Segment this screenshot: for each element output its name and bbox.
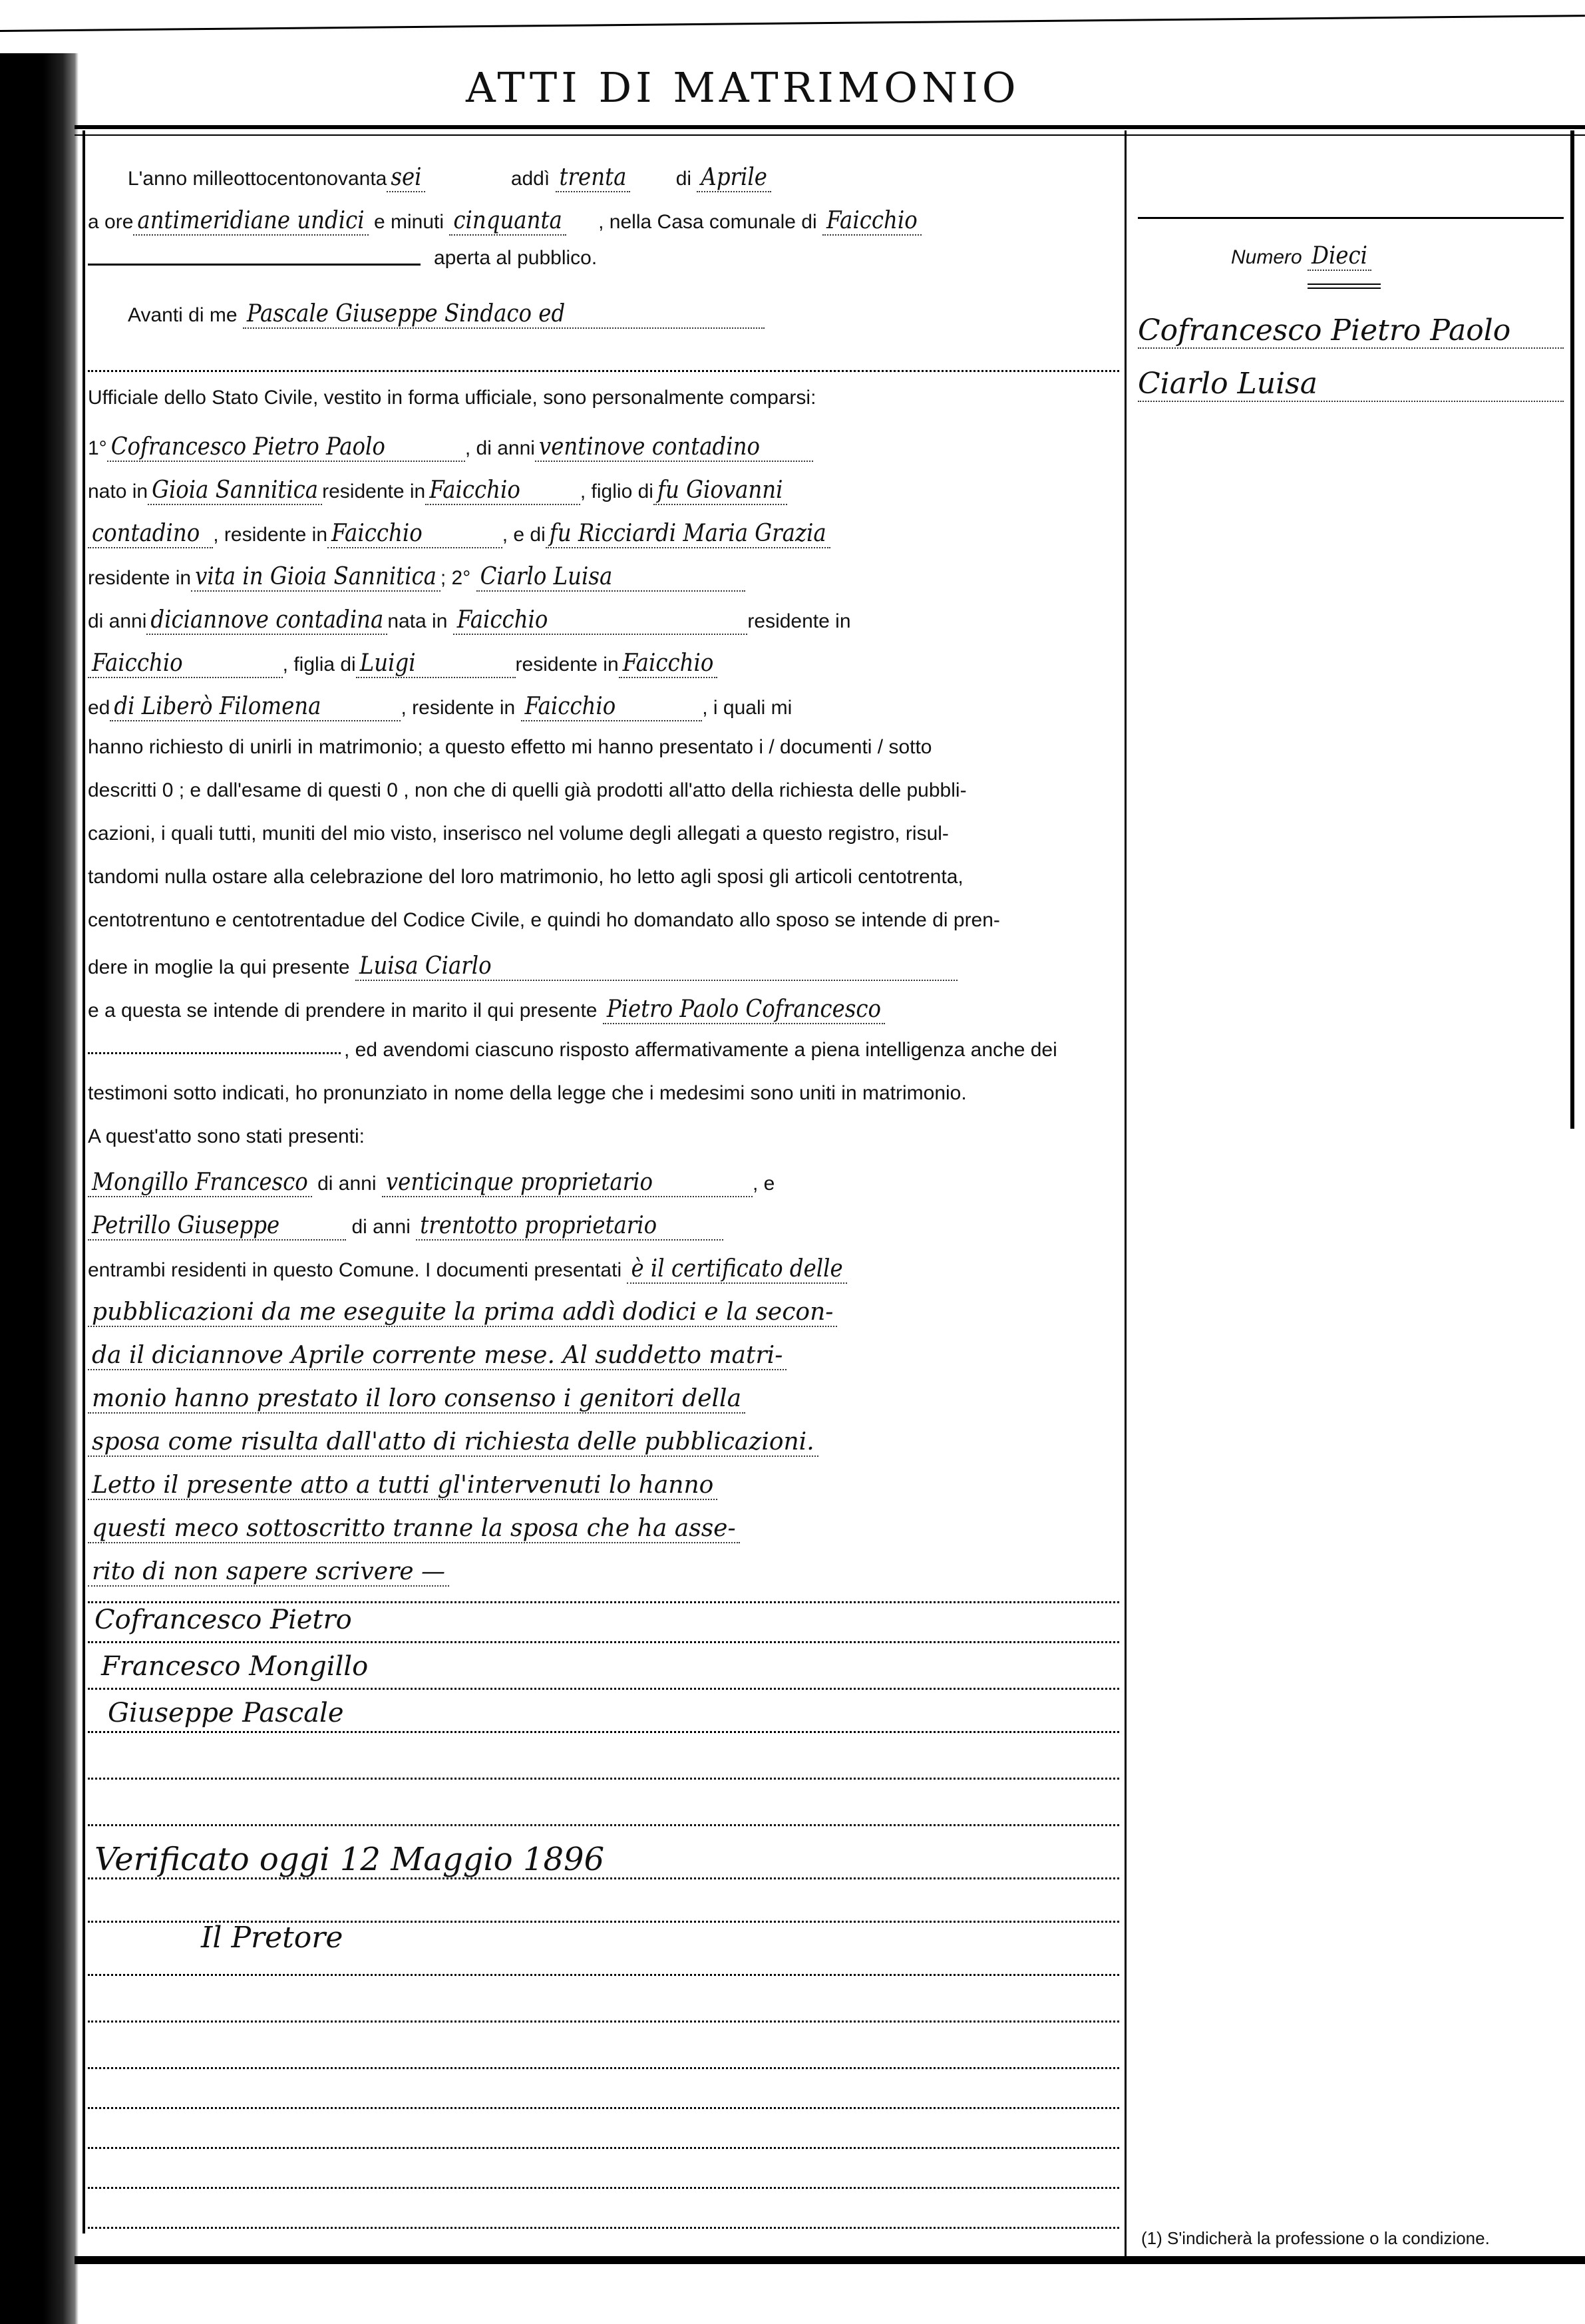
line-groom-birth: nato inGioia Sanniticaresidente inFaicch… (88, 477, 1119, 504)
line-avanti: Avanti di me Pascale Giuseppe Sindaco ed (128, 300, 1159, 327)
note-line: rito di non sapere scrivere — (88, 1558, 449, 1587)
label-residente: residente in (322, 481, 425, 502)
handwritten-note: pubblicazioni da me eseguite la prima ad… (88, 1298, 1119, 1326)
ruled-line (88, 1778, 1119, 1780)
field-witness1-age-prof: venticinque proprietario (382, 1169, 753, 1197)
line-bride-birth: di annidiciannove contadinanata in Faicc… (88, 606, 1119, 634)
handwritten-note: sposa come risulta dall'atto di richiest… (88, 1428, 1119, 1455)
field-year: sei (387, 164, 425, 192)
ruled-line (88, 1688, 1119, 1690)
ruled-line (88, 2147, 1119, 2149)
frame-right-rule (1570, 130, 1574, 1129)
blank-rule (88, 370, 1119, 372)
body-line: testimoni sotto indicati, ho pronunziato… (88, 1082, 1119, 1105)
handwritten-note: monio hanno prestato il loro consenso i … (88, 1385, 1119, 1412)
line-witness-2: Petrillo Giuseppe di anni trentotto prop… (88, 1212, 1119, 1239)
label-eta: di anni (317, 1173, 376, 1195)
signature-witness: Francesco Mongillo (101, 1651, 368, 1682)
field-father-res: Faicchio (327, 520, 502, 548)
ruled-line (88, 1824, 1119, 1826)
note-line: questi meco sottoscritto tranne la sposa… (88, 1515, 740, 1543)
verification-note: Verificato oggi 12 Maggio 1896 (94, 1841, 604, 1878)
ruled-line (88, 2021, 1119, 2023)
note-line: sposa come risulta dall'atto di richiest… (88, 1428, 818, 1457)
field-numero: Dieci (1308, 242, 1371, 271)
note-line: Letto il presente atto a tutti gl'interv… (88, 1471, 717, 1500)
signature-officer: Giuseppe Pascale (108, 1698, 344, 1728)
label-casa: , nella Casa comunale di (598, 211, 817, 233)
field-bride-father-res: Faicchio (619, 650, 718, 678)
margin-rule (1138, 217, 1564, 219)
label-figlia: , figlia di (283, 654, 356, 676)
field-groom-res: Faicchio (425, 477, 580, 505)
body-line: cazioni, i quali tutti, muniti del mio v… (88, 823, 1119, 845)
note-line: monio hanno prestato il loro consenso i … (88, 1385, 745, 1414)
line-entrambi: entrambi residenti in questo Comune. I d… (88, 1255, 1119, 1282)
ruled-line (88, 1641, 1119, 1643)
book-binding-shadow (0, 53, 79, 2324)
label-residente: residente in (88, 567, 191, 589)
field-documenti: è il certificato delle (627, 1255, 846, 1284)
ruled-line (88, 1921, 1119, 1923)
field-comune: Faicchio (822, 207, 922, 236)
field-moglie: Luisa Ciarlo (355, 952, 958, 981)
margin-double-rule (1308, 288, 1381, 289)
field-month: Aprile (697, 164, 771, 192)
line-bride: residente invita in Gioia Sannitica; 2° … (88, 563, 1119, 590)
blank-rule (88, 1052, 341, 1054)
field-bride-mother: di Liberò Filomena (110, 693, 401, 721)
field-bride-res: Faicchio (88, 650, 283, 678)
label-eta: di anni (352, 1216, 411, 1238)
handwritten-note: rito di non sapere scrivere — (88, 1558, 1119, 1585)
line-marito: e a questa se intende di prendere in mar… (88, 996, 1119, 1023)
field-bride-born: Faicchio (453, 606, 748, 635)
field-witness2-age-prof: trentotto proprietario (416, 1212, 723, 1241)
field-hour: antimeridiane undici (133, 207, 368, 236)
page-edge-line (0, 15, 1585, 32)
page-title: ATTI DI MATRIMONIO (466, 63, 1020, 112)
label-residente: residente in (516, 654, 619, 676)
field-mother-res: vita in Gioia Sannitica (191, 563, 440, 592)
note-line: pubblicazioni da me eseguite la prima ad… (88, 1298, 837, 1327)
line-ufficiale: Ufficiale dello Stato Civile, vestito in… (88, 387, 1119, 409)
label-residente: , residente in (401, 697, 515, 719)
label-e: , e (753, 1173, 775, 1195)
ruled-line (88, 1731, 1119, 1733)
field-groom-born: Gioia Sannitica (148, 477, 322, 505)
margin-name-bride: Ciarlo Luisa (1138, 367, 1564, 402)
ruled-line (88, 2107, 1119, 2109)
signature-pretore: Il Pretore (201, 1921, 343, 1955)
label-num-1: 1° (88, 437, 107, 459)
label-di: di (676, 168, 691, 190)
frame-left-rule (83, 130, 85, 2233)
handwritten-note: da il diciannove Aprile corrente mese. A… (88, 1342, 1119, 1369)
ruled-line (88, 2187, 1119, 2189)
label-nato: nato in (88, 481, 148, 502)
frame-bottom-rule (75, 2256, 1585, 2264)
field-groom-name: Cofrancesco Pietro Paolo (107, 433, 465, 462)
field-officer: Pascale Giuseppe Sindaco ed (243, 300, 765, 329)
line-moglie: dere in moglie la qui presente Luisa Cia… (88, 952, 1119, 980)
numero-label: Numero Dieci (1231, 242, 1371, 270)
label-nata: nata in (387, 610, 447, 632)
label-quali: , i quali mi (702, 697, 792, 719)
label-avanti: Avanti di me (128, 304, 238, 326)
body-line: descritti 0 ; e dall'esame di questi 0 ,… (88, 779, 1119, 802)
label-numero: Numero (1231, 246, 1302, 268)
field-witness1-name: Mongillo Francesco (88, 1169, 312, 1197)
margin-name-groom: Cofrancesco Pietro Paolo (1138, 313, 1564, 349)
line-year: L'anno milleottocentonovantasei addì tre… (128, 164, 1159, 191)
field-father-prof: contadino (88, 520, 213, 548)
handwritten-note: questi meco sottoscritto tranne la sposa… (88, 1515, 1119, 1542)
label-eta: di anni (88, 610, 146, 632)
column-divider (1125, 130, 1127, 2256)
line-hour: a oreantimeridiane undici e minuti cinqu… (88, 207, 1119, 234)
label-addi: addì (511, 168, 550, 190)
ruled-line (88, 2067, 1119, 2069)
line-bride-mother: eddi Liberò Filomena, residente in Faicc… (88, 693, 1119, 720)
label-eta: , di anni (465, 437, 535, 459)
footnote: (1) S'indicherà la professione o la cond… (1141, 2228, 1490, 2249)
label-figlio: , figlio di (580, 481, 653, 502)
body-line: hanno richiesto di unirli in matrimonio;… (88, 736, 1119, 759)
body-line: centotrentuno e centotrentadue del Codic… (88, 909, 1119, 932)
signature-groom: Cofrancesco Pietro (94, 1605, 352, 1635)
label-ore: a ore (88, 211, 133, 233)
field-bride-father: Luigi (356, 650, 516, 678)
field-groom-age-prof: ventinove contadino (535, 433, 813, 462)
label-ed: ed (88, 697, 110, 719)
ruled-line (88, 1974, 1119, 1976)
field-witness2-name: Petrillo Giuseppe (88, 1212, 346, 1241)
margin-double-rule (1308, 284, 1381, 285)
label-minuti: e minuti (374, 211, 444, 233)
line-bride-parents: Faicchio, figlia diLuigiresidente inFaic… (88, 650, 1119, 677)
field-bride-name: Ciarlo Luisa (476, 563, 746, 592)
line-groom: 1°Cofrancesco Pietro Paolo, di anniventi… (88, 433, 1119, 461)
field-marito: Pietro Paolo Cofrancesco (603, 996, 885, 1024)
ruled-line (88, 2227, 1119, 2229)
body-line: tandomi nulla ostare alla celebrazione d… (88, 866, 1119, 888)
field-bride-mother-res: Faicchio (521, 693, 703, 721)
label-entrambi: entrambi residenti in questo Comune. I d… (88, 1259, 621, 1281)
frame-top-rule (75, 125, 1585, 136)
note-line: da il diciannove Aprile corrente mese. A… (88, 1342, 787, 1370)
line-groom-parents: contadino, residente inFaicchio, e difu … (88, 520, 1119, 547)
body-line: , ed avendomi ciascuno risposto affermat… (344, 1039, 1375, 1062)
field-day: trenta (556, 164, 631, 192)
ruled-line (88, 1877, 1119, 1879)
label-residente: residente in (747, 610, 850, 632)
label-e-di: , e di (502, 524, 546, 546)
label-marito: e a questa se intende di prendere in mar… (88, 1000, 597, 1022)
label-num-2: ; 2° (440, 567, 470, 589)
handwritten-note: Letto il presente atto a tutti gl'interv… (88, 1471, 1119, 1499)
field-minutes: cinquanta (449, 207, 566, 236)
line-witness-1: Mongillo Francesco di anni venticinque p… (88, 1169, 1119, 1196)
body-line: A quest'atto sono stati presenti: (88, 1125, 1119, 1148)
ruled-line (88, 1601, 1119, 1603)
label-anno: L'anno milleottocentonovanta (128, 168, 387, 190)
field-groom-mother: fu Ricciardi Maria Grazia (546, 520, 830, 548)
blank-rule (88, 264, 421, 266)
label-moglie: dere in moglie la qui presente (88, 956, 350, 978)
field-groom-father: fu Giovanni (653, 477, 787, 505)
field-bride-age-prof: diciannove contadina (146, 606, 387, 635)
label-residente: , residente in (213, 524, 327, 546)
